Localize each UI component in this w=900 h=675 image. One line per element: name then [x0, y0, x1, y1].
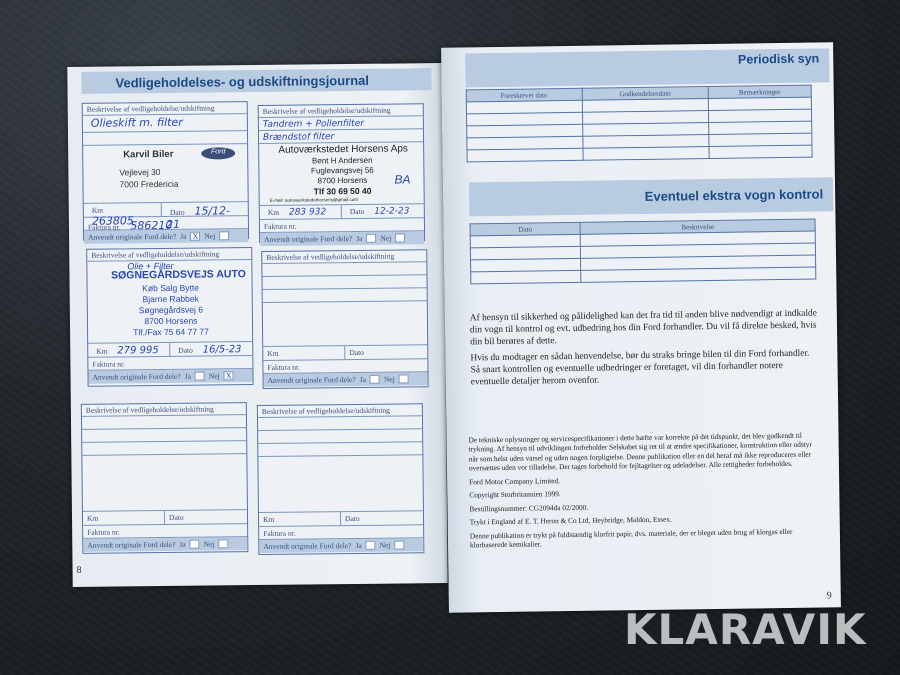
yes-checkbox[interactable] [366, 541, 376, 550]
service-entry-6: Beskrivelse af vedligeholdelse/udskiftni… [257, 403, 425, 555]
date-value: 16/5-23 [199, 342, 246, 357]
dealer-stamp: Karvil Biler Ford Vejlevej 30 7000 Frede… [83, 144, 248, 204]
extra-check-title: Eventuel ekstra vogn kontrol [469, 177, 833, 216]
service-entry-3: Beskrivelse af vedligeholdelse/udskiftni… [86, 247, 253, 387]
km-value: 279 995 [113, 343, 163, 359]
watermark-logo: KLARAVIK [624, 605, 867, 654]
no-checkbox[interactable] [394, 540, 404, 549]
fine-print: De tekniske oplysninger og servicespecif… [468, 431, 820, 555]
yes-checkbox[interactable] [195, 372, 205, 381]
service-entry-1: Beskrivelse af vedligeholdelse/udskiftni… [82, 101, 249, 241]
no-checkbox[interactable]: X [224, 371, 234, 380]
stamp-line: Vejlevej 30 [119, 167, 160, 178]
no-checkbox[interactable] [218, 539, 228, 548]
service-entry-5: Beskrivelse af vedligeholdelse/udskiftni… [81, 402, 249, 554]
dealer-stamp: Olie + Filter SØGNEGÅRDSVEJS AUTO Køb Sa… [87, 260, 252, 344]
yes-checkbox[interactable] [370, 375, 380, 384]
handwritten-line: Olieskift m. filter [83, 114, 247, 133]
ford-logo-icon: Ford [201, 147, 235, 159]
extra-check-table: DatoBeskrivelse [470, 219, 817, 285]
left-page: Vedligeholdelses- og udskiftningsjournal… [67, 63, 447, 587]
yes-checkbox[interactable]: X [190, 232, 200, 241]
right-page: Periodisk syn Foreskrevet datoGodkendels… [441, 42, 841, 612]
stamp-line: 7000 Fredericia [119, 179, 178, 190]
page-number-right: 9 [827, 590, 832, 601]
page-title-journal: Vedligeholdelses- og udskiftningsjournal [81, 68, 431, 94]
service-entry-4: Beskrivelse af vedligeholdelse/udskiftni… [261, 249, 428, 389]
recall-paragraph-2: Hvis du modtager en sådan henvendelse, b… [470, 347, 820, 388]
stamp-name: Karvil Biler [123, 149, 173, 161]
initials: BA [394, 172, 410, 187]
km-value: 283 932 [285, 205, 330, 219]
date-value: 12-2-23 [370, 204, 413, 218]
page-number-left: 8 [77, 565, 82, 576]
recall-paragraph-1: Af hensyn til sikkerhed og pålidelighed … [470, 308, 820, 349]
no-checkbox[interactable] [219, 231, 229, 240]
yes-checkbox[interactable] [190, 540, 200, 549]
periodic-inspection-table: Foreskrevet datoGodkendelsesdatoBemærkni… [466, 85, 813, 163]
no-checkbox[interactable] [395, 233, 405, 242]
yes-checkbox[interactable] [366, 234, 376, 243]
no-checkbox[interactable] [399, 374, 409, 383]
service-entry-2: Beskrivelse af vedligeholdelse/udskiftni… [258, 103, 425, 243]
dealer-stamp: Autoværkstedet Horsens Aps Bent H Anders… [259, 142, 424, 206]
